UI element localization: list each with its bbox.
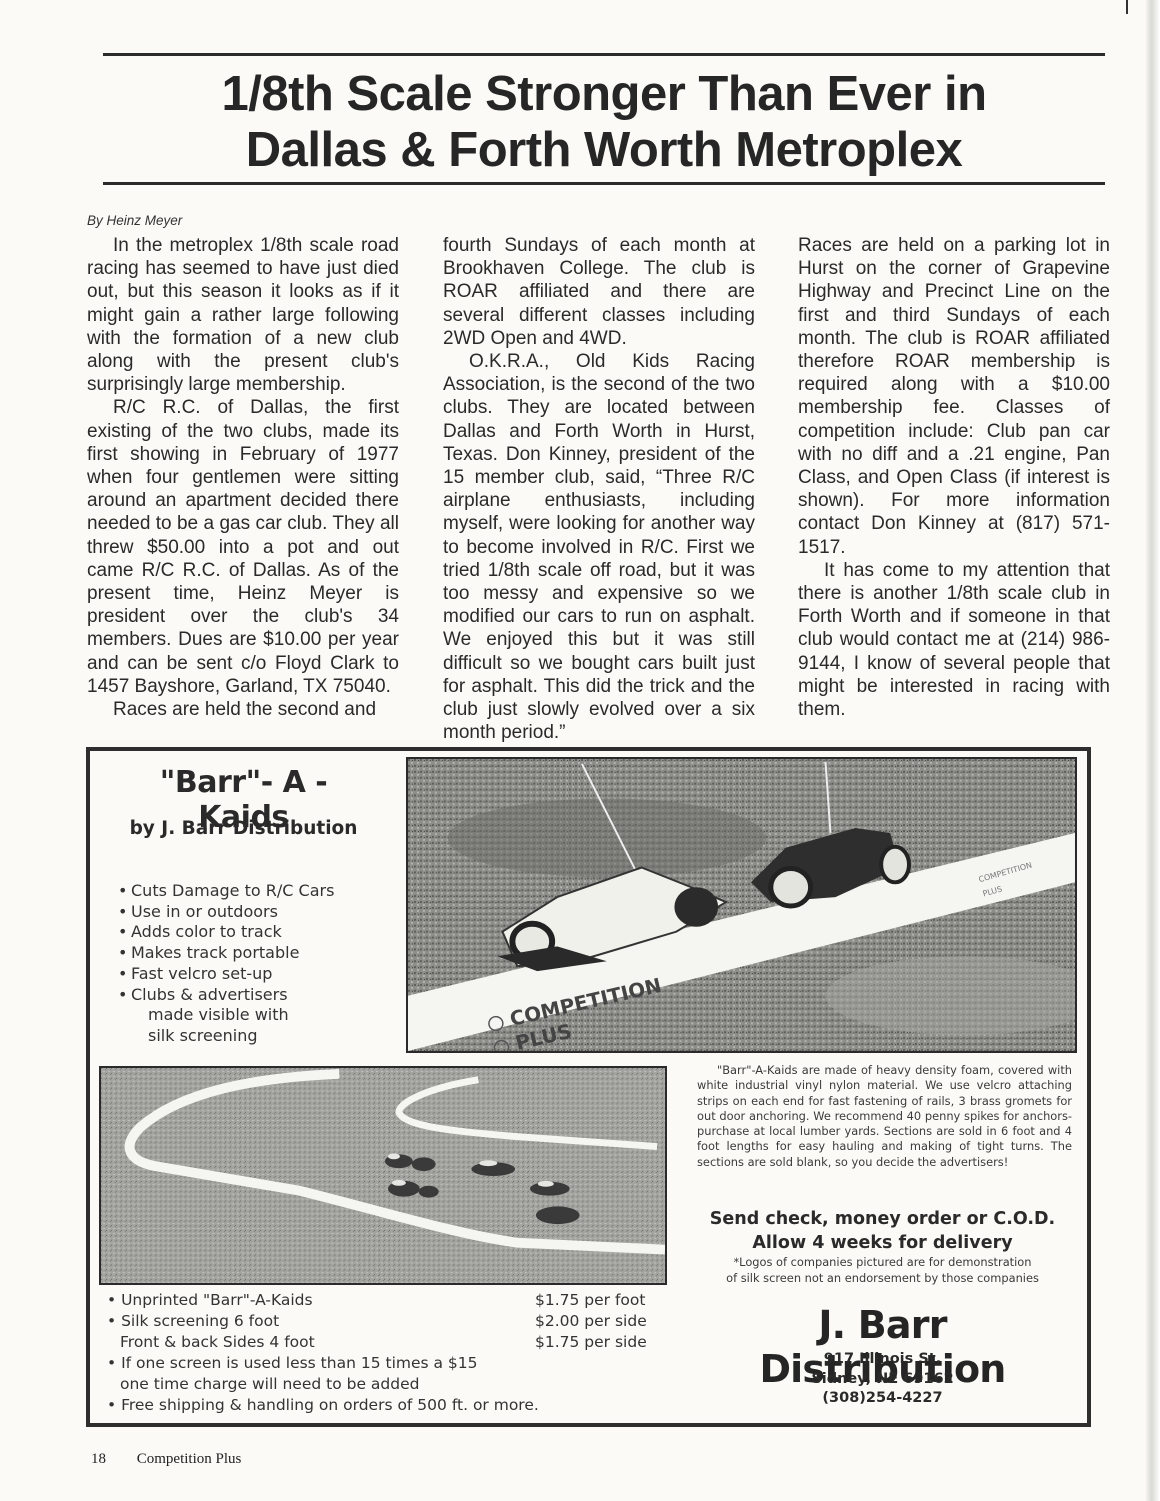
photo-rc-buggies: COMPETITION PLUS COMPETITION PLUS (406, 757, 1077, 1053)
price-row: Silk screening 6 foot $2.00 per side (107, 1311, 657, 1332)
article-column-3: Races are held on a parking lot in Hurst… (798, 234, 1110, 721)
shipping-note: Free shipping & handling on orders of 50… (107, 1395, 657, 1416)
price-list: Unprinted "Barr"-A-Kaids $1.75 per foot … (107, 1290, 657, 1416)
price-row: Unprinted "Barr"-A-Kaids $1.75 per foot (107, 1290, 657, 1311)
order-instructions: Send check, money order or C.O.D. Allow … (690, 1207, 1075, 1255)
publication-name: Competition Plus (137, 1451, 242, 1467)
photo-aerial-track (99, 1066, 667, 1285)
address-street: 917 Illinois St. (690, 1350, 1075, 1370)
price-row: Front & back Sides 4 foot $1.75 per side (107, 1332, 657, 1353)
logo-disclaimer: *Logos of companies pictured are for dem… (690, 1255, 1075, 1286)
paragraph: Races are held on a parking lot in Hurst… (798, 234, 1110, 559)
headline-rule-top (103, 53, 1105, 56)
company-address: 917 Illinois St. Sidney, NE 69162 (308)2… (690, 1350, 1075, 1409)
headline-line-1: 1/8th Scale Stronger Than Ever in (221, 67, 986, 121)
paragraph: In the metroplex 1/8th scale road racing… (87, 234, 399, 396)
cta-payment: Send check, money order or C.O.D. (690, 1207, 1075, 1231)
company-phone: (308)254-4227 (690, 1389, 1075, 1409)
page-number: 18 (91, 1451, 133, 1468)
feature-item: Clubs & advertisers made visible with si… (118, 985, 334, 1047)
article-column-1: In the metroplex 1/8th scale road racing… (87, 234, 399, 721)
cta-delivery: Allow 4 weeks for delivery (690, 1231, 1075, 1255)
screen-fee-note: If one screen is used less than 15 times… (107, 1353, 657, 1374)
feature-item: Use in or outdoors (118, 902, 334, 923)
scan-edge (1146, 0, 1160, 1501)
article-column-2: fourth Sundays of each month at Brookhav… (443, 234, 755, 744)
feature-item: Fast velcro set-up (118, 964, 334, 985)
ad-description: "Barr"-A-Kaids are made of heavy density… (697, 1063, 1072, 1170)
article-headline: 1/8th Scale Stronger Than Ever in Dallas… (103, 66, 1105, 178)
feature-item: Cuts Damage to R/C Cars (118, 881, 334, 902)
paragraph: It has come to my attention that there i… (798, 559, 1110, 721)
byline: By Heinz Meyer (87, 213, 182, 228)
feature-item: Adds color to track (118, 922, 334, 943)
page-footer: 18 Competition Plus (91, 1451, 241, 1468)
address-city: Sidney, NE 69162 (690, 1370, 1075, 1390)
buggies-photo-image: COMPETITION PLUS COMPETITION PLUS (408, 759, 1075, 1051)
screen-fee-note-cont: one time charge will need to be added (107, 1374, 657, 1395)
paragraph: R/C R.C. of Dallas, the first existing o… (87, 396, 399, 698)
paragraph: fourth Sundays of each month at Brookhav… (443, 234, 755, 350)
scan-mark (1126, 0, 1128, 14)
headline-line-2: Dallas & Forth Worth Metroplex (246, 123, 962, 177)
headline-rule-bottom (103, 182, 1105, 185)
feature-item: Makes track portable (118, 943, 334, 964)
feature-list: Cuts Damage to R/C Cars Use in or outdoo… (118, 881, 334, 1047)
track-photo-image (101, 1068, 665, 1283)
ad-subtitle: by J. Barr Distribution (116, 818, 371, 839)
paragraph: Races are held the second and (87, 698, 399, 721)
paragraph: O.K.R.A., Old Kids Racing Association, i… (443, 350, 755, 744)
